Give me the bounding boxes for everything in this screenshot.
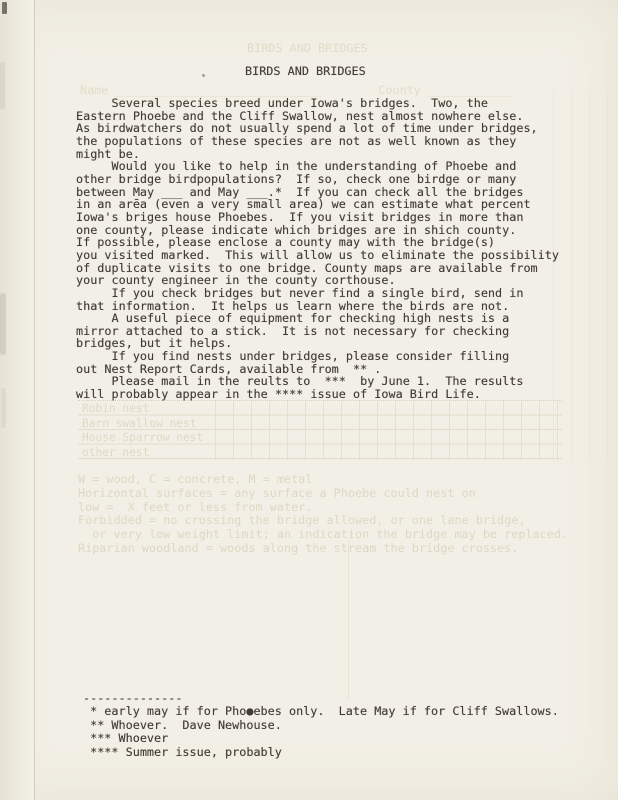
- document-title: BIRDS AND BRIDGES: [245, 64, 366, 78]
- bleedthrough-grid-lines: [553, 90, 613, 462]
- scanned-document-page: BIRDS AND BRIDGES Name _________________…: [0, 0, 618, 800]
- scan-seam-line: [348, 540, 349, 700]
- footnote-separator: --------------: [83, 691, 182, 705]
- stray-ink-dot: [202, 74, 205, 77]
- scan-corner-mark: [2, 2, 7, 14]
- bleedthrough-table-row-labels: Robin nest Barn swallow nest House Sparr…: [82, 402, 203, 460]
- bleedthrough-name-county-line: Name _____________________________ Count…: [80, 83, 513, 97]
- bleedthrough-title: BIRDS AND BRIDGES: [247, 41, 368, 55]
- document-body: Several species breed under Iowa's bridg…: [76, 97, 559, 401]
- bleedthrough-legend: W = wood, C = concrete, M = metal Horizo…: [78, 473, 568, 556]
- paper-fold-line: [34, 0, 35, 800]
- scan-smudge: [0, 62, 5, 110]
- footnotes: * early may if for Pho●ebes only. Late M…: [83, 705, 559, 759]
- scan-smudge: [0, 293, 6, 355]
- scan-smudge: [1, 388, 6, 428]
- bleedthrough-table: Robin nest Barn swallow nest House Sparr…: [78, 400, 562, 460]
- bleedthrough-table-column-lines: [215, 401, 562, 460]
